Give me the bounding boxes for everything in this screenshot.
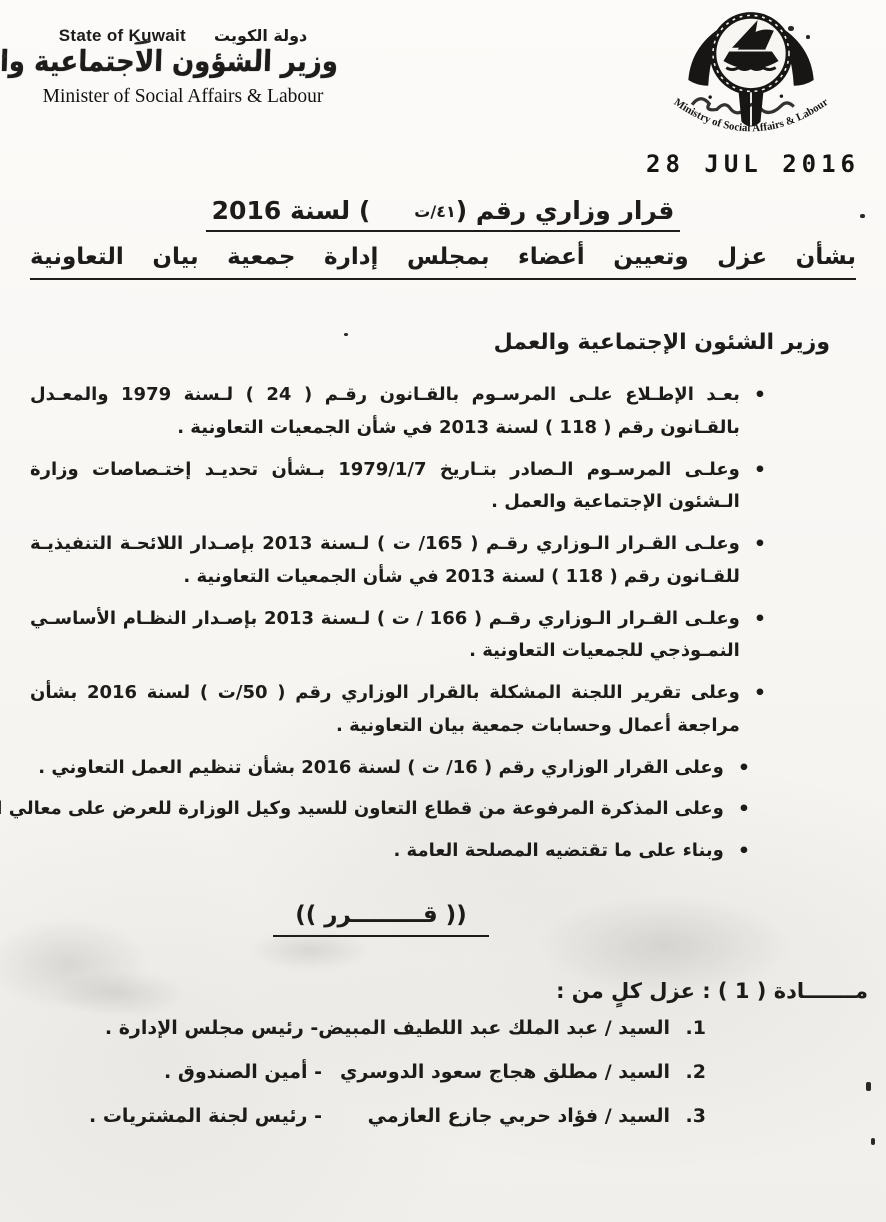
decree-body: قرار وزاري رقم (٤١/ت) لسنة 2016 بشأن عزل… xyxy=(0,196,886,1149)
preamble-item: وعلـى القـرار الـوزاري رقـم ( 165/ ت ) ل… xyxy=(30,528,766,594)
minister-title-en: Minister of Social Affairs & Labour xyxy=(28,86,338,108)
person-row: 1. السيد / عبد الملك عبد اللطيف المبيض -… xyxy=(0,1017,706,1061)
person-name: السيد / عبد الملك عبد اللطيف المبيض xyxy=(318,1017,670,1039)
scan-speck xyxy=(860,214,865,218)
country-name-en: State of Kuwait xyxy=(59,26,186,46)
person-number: 2. xyxy=(670,1061,706,1083)
person-role: - أمين الصندوق . xyxy=(164,1061,322,1083)
person-name: السيد / فؤاد حربي جازع العازمي xyxy=(322,1105,670,1127)
person-role: - رئيس لجنة المشتريات . xyxy=(89,1105,322,1127)
person-role: - رئيس مجلس الإدارة . xyxy=(105,1017,318,1039)
received-date-stamp: 28 JUL 2016 xyxy=(646,150,860,178)
scan-speck xyxy=(871,1138,875,1145)
preamble-item: وبناء على ما تقتضيه المصلحة العامة . xyxy=(30,835,750,868)
preamble-item-text: وعلـى المرسـوم الـصادر بتـاريخ 1979/1/7 … xyxy=(30,454,740,520)
article-1-label: مـــــــادة ( 1 ) : عزل كلٍ من : xyxy=(0,979,868,1003)
scan-speck xyxy=(344,333,348,336)
decree-title-underlined: قرار وزاري رقم (٤١/ت) لسنة 2016 xyxy=(206,196,681,232)
decree-title: قرار وزاري رقم (٤١/ت) لسنة 2016 xyxy=(0,196,886,232)
emblem-block: Ministry of Social Affairs & Labour xyxy=(656,4,846,156)
preamble-item: وعلـى القـرار الـوزاري رقـم ( 166 / ت ) … xyxy=(30,603,766,669)
decree-number: ٤١/ت xyxy=(370,202,455,221)
preamble-list: بعـد الإطـلاع علـى المرسـوم بالقـانون رق… xyxy=(30,379,766,868)
country-name-ar: دولة الكويت xyxy=(214,26,307,45)
state-line: State of Kuwait دولة الكويت xyxy=(28,26,338,46)
preamble-item: وعلى المذكرة المرفوعة من قطاع التعاون لل… xyxy=(30,793,750,826)
preamble-item: وعلـى المرسـوم الـصادر بتـاريخ 1979/1/7 … xyxy=(30,454,766,520)
preamble-item: بعـد الإطـلاع علـى المرسـوم بالقـانون رق… xyxy=(30,379,766,445)
preamble-item-text: وعلـى القـرار الـوزاري رقـم ( 166 / ت ) … xyxy=(30,603,740,669)
preamble-item-text: وعلى المذكرة المرفوعة من قطاع التعاون لل… xyxy=(0,793,724,826)
dismissed-persons-list: 1. السيد / عبد الملك عبد اللطيف المبيض -… xyxy=(0,1017,706,1149)
scan-speck xyxy=(2,54,7,58)
decision-heading-row: (( قـــــــــرر )) xyxy=(0,902,824,937)
person-number: 1. xyxy=(670,1017,706,1039)
ministry-calligraphy: وزير الشؤون الاجتماعية والعمل xyxy=(27,46,338,79)
decree-title-prefix: قرار وزاري رقم ( xyxy=(456,196,675,225)
scanned-decree-page: State of Kuwait دولة الكويت وزير الشؤون … xyxy=(0,0,886,1222)
preamble-item-text: وبناء على ما تقتضيه المصلحة العامة . xyxy=(393,835,723,868)
letterhead: State of Kuwait دولة الكويت وزير الشؤون … xyxy=(28,26,338,108)
decision-heading: (( قـــــــــرر )) xyxy=(273,902,488,937)
scan-speck xyxy=(866,1082,871,1091)
person-row: 3. السيد / فؤاد حربي جازع العازمي - رئيس… xyxy=(0,1105,706,1149)
kuwait-coat-of-arms-icon: Ministry of Social Affairs & Labour xyxy=(665,4,837,156)
preamble-item: وعلى القرار الوزاري رقم ( 16/ ت ) لسنة 2… xyxy=(30,752,750,785)
preamble-item-text: وعلى تقرير اللجنة المشكلة بالقرار الوزار… xyxy=(30,677,740,743)
decree-subject: بشأن عزل وتعيين أعضاء بمجلس إدارة جمعية … xyxy=(30,244,856,280)
person-name: السيد / مطلق هجاج سعود الدوسري xyxy=(322,1061,670,1083)
decree-title-suffix: ) لسنة 2016 xyxy=(212,196,371,225)
issuing-authority: وزير الشئون الإجتماعية والعمل xyxy=(0,330,830,355)
decree-subject-row: بشأن عزل وتعيين أعضاء بمجلس إدارة جمعية … xyxy=(0,244,886,280)
scan-speck xyxy=(788,26,794,31)
person-row: 2. السيد / مطلق هجاج سعود الدوسري - أمين… xyxy=(0,1061,706,1105)
preamble-item-text: بعـد الإطـلاع علـى المرسـوم بالقـانون رق… xyxy=(30,379,740,445)
person-number: 3. xyxy=(670,1105,706,1127)
scan-speck xyxy=(806,35,810,39)
preamble-item-text: وعلى القرار الوزاري رقم ( 16/ ت ) لسنة 2… xyxy=(38,752,724,785)
preamble-item: وعلى تقرير اللجنة المشكلة بالقرار الوزار… xyxy=(30,677,766,743)
preamble-item-text: وعلـى القـرار الـوزاري رقـم ( 165/ ت ) ل… xyxy=(30,528,740,594)
